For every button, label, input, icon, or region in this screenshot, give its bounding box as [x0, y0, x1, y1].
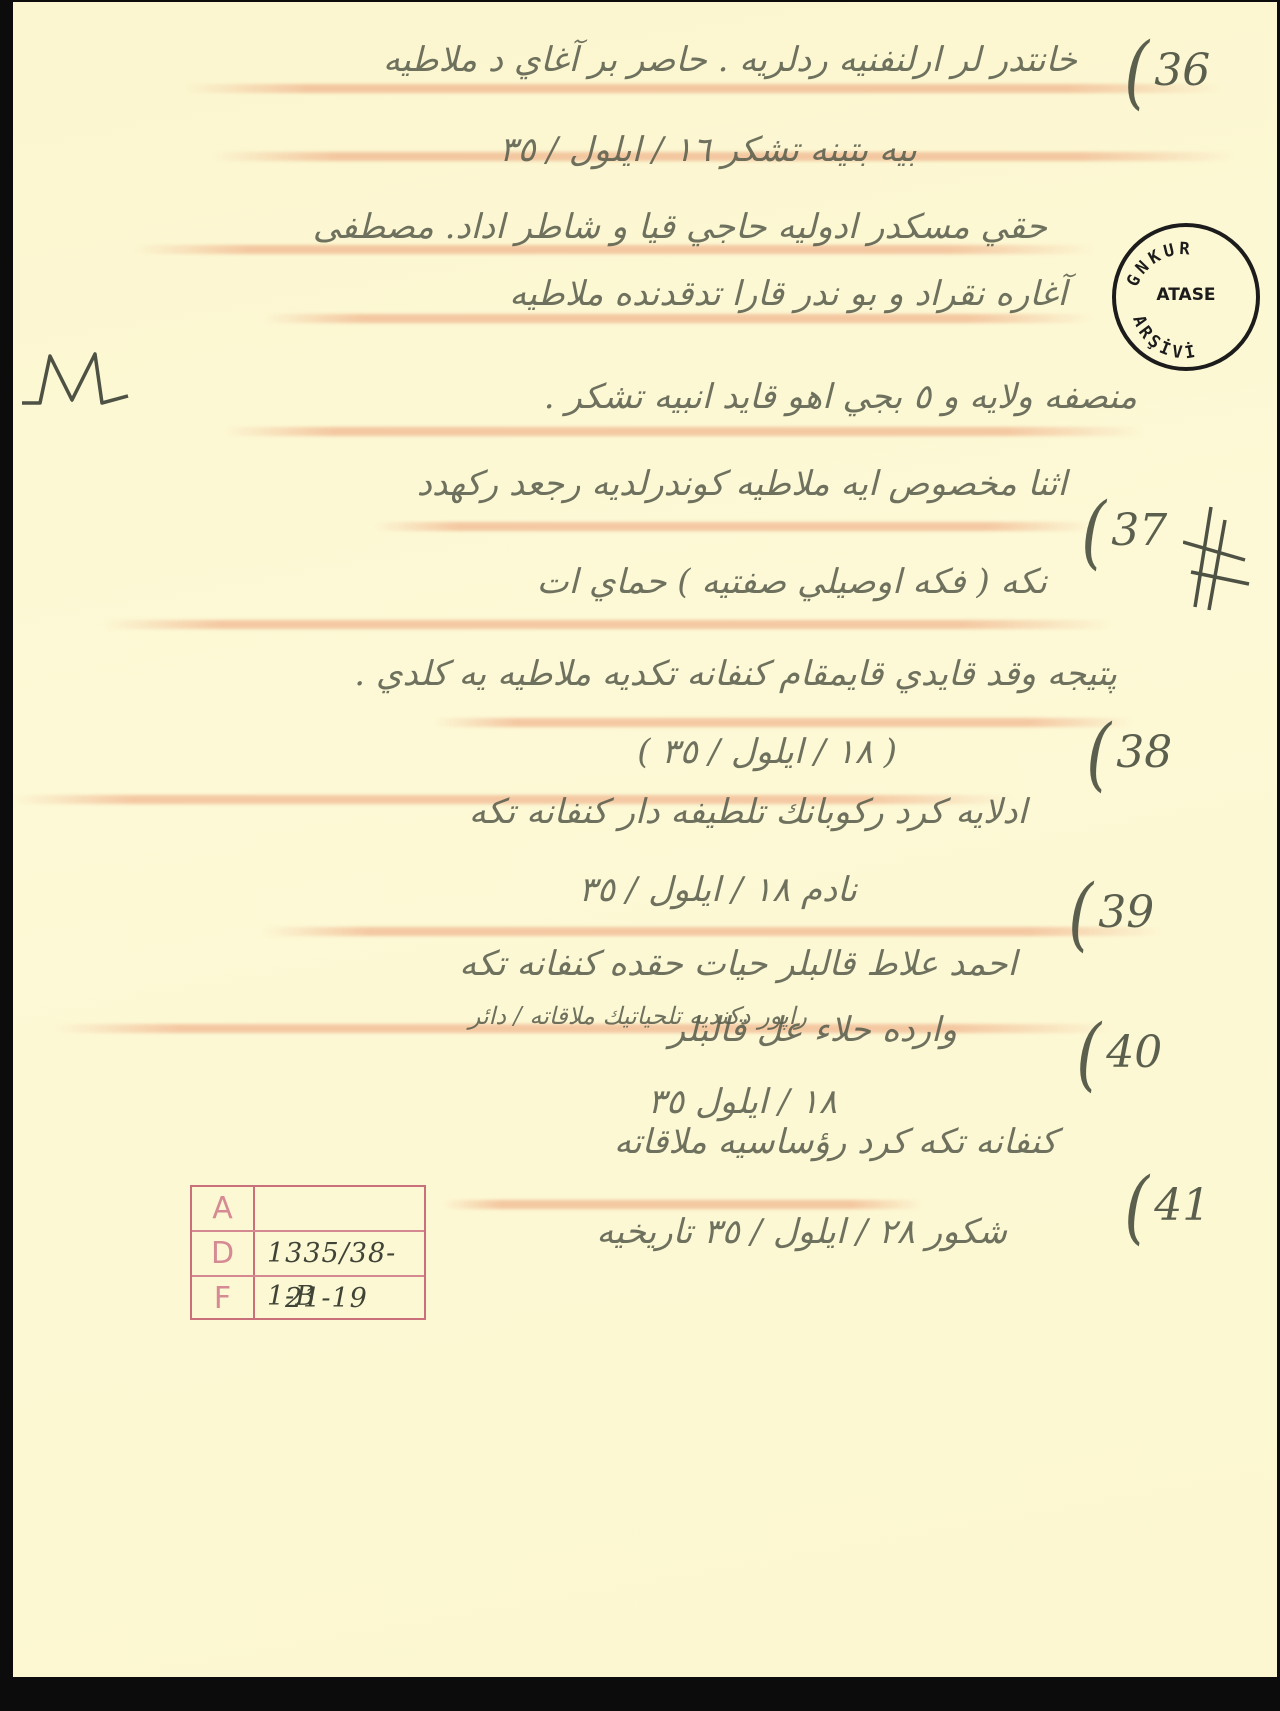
entry-40-line-3: راپور دكنديه تلحياتيك ملاقاته / دائر [469, 1002, 807, 1030]
archive-row-a: A [192, 1187, 424, 1232]
highlight-line [223, 427, 1143, 436]
highlight-line [373, 522, 1093, 531]
entry-36b-line-3: منصفه ولايه و ٥ بجي اهو قايد انبيه تشكر … [544, 377, 1137, 417]
highlight-line [263, 314, 1093, 323]
entry-36-line-2: بيه بتينه تشكر ١٦ / ايلول / ٣٥ [499, 130, 917, 170]
svg-text:ARŞİVİ: ARŞİVİ [1128, 313, 1200, 363]
archive-label: D [192, 1232, 255, 1275]
entry-number-41: (41 [1121, 1167, 1210, 1247]
entry-number-40: (40 [1073, 1014, 1162, 1094]
archive-value [255, 1187, 424, 1230]
archive-reference-box: A D 1335/38-1-B F 21-19 [190, 1185, 426, 1320]
entry-37-line-2: نكه ( فكه اوصيلي صفتيه ) حماي ات [537, 562, 1047, 602]
archive-value: 1335/38-1-B [255, 1232, 424, 1275]
entry-39-line-1: نادم ١٨ / ايلول / ٣٥ [579, 870, 857, 910]
entry-41-line-2: شكور ٢٨ / ايلول / ٣٥ تاريخيه [596, 1212, 1007, 1252]
highlight-line [183, 84, 1223, 93]
stamp-bottom-text: ARŞİVİ [1128, 313, 1200, 363]
entry-38-line-1: ( ١٨ / ايلول / ٣٥ ) [637, 732, 897, 772]
margin-check-mark: M [20, 348, 130, 412]
entry-39-line-2: احمد علاط قالبلر حيات حقده كنفانه تكه [459, 944, 1017, 984]
highlight-line [443, 1200, 923, 1209]
hash-mark: # [1183, 502, 1253, 616]
entry-number-38: (38 [1083, 714, 1172, 794]
entry-36-line-1: خانتدر لر ارلنفنيه ردلريه . حاصر بر آغاي… [383, 40, 1077, 80]
highlight-line [103, 620, 1113, 629]
stamp-top-text: GNKUR [1123, 239, 1194, 290]
archive-value: 21-19 [255, 1277, 424, 1320]
stamp-center-text: ATASE [1116, 285, 1256, 305]
archive-stamp: GNKUR ARŞİVİ ATASE [1112, 223, 1260, 371]
archive-row-f: F 21-19 [192, 1277, 424, 1320]
highlight-line [433, 718, 1133, 727]
entry-number-37: (37 [1078, 492, 1167, 572]
archive-label: A [192, 1187, 255, 1230]
entry-36b-line-1: حقي مسكدر ادوليه حاجي قيا و شاطر اداد. م… [313, 207, 1047, 247]
entry-38-line-2: ادلايه كرد ركوبانك تلطيفه دار كنفانه تكه [469, 792, 1027, 832]
entry-37-line-3: پتيجه وقد قايدي قايمقام كنفانه تكديه ملا… [354, 654, 1117, 694]
document-page: (36 خانتدر لر ارلنفنيه ردلريه . حاصر بر … [13, 2, 1277, 1677]
entry-36b-line-2: آغاره نقراد و بو ندر قارا تدقدنده ملاطيه [509, 274, 1067, 314]
entry-40-line-2: ١٨ / ايلول ٣٥ [648, 1082, 837, 1122]
svg-text:GNKUR: GNKUR [1123, 239, 1194, 290]
entry-number-36: (36 [1121, 32, 1210, 112]
entry-number-39: (39 [1065, 874, 1154, 954]
archive-row-d: D 1335/38-1-B [192, 1232, 424, 1277]
archive-label: F [192, 1277, 255, 1320]
entry-41-line-1: كنفانه تكه كرد رؤساسيه ملاقاته [614, 1122, 1057, 1162]
highlight-line [263, 927, 1163, 936]
entry-37-line-1: اثنا مخصوص ايه ملاطيه كوندرلديه رجعد ركه… [417, 464, 1067, 504]
